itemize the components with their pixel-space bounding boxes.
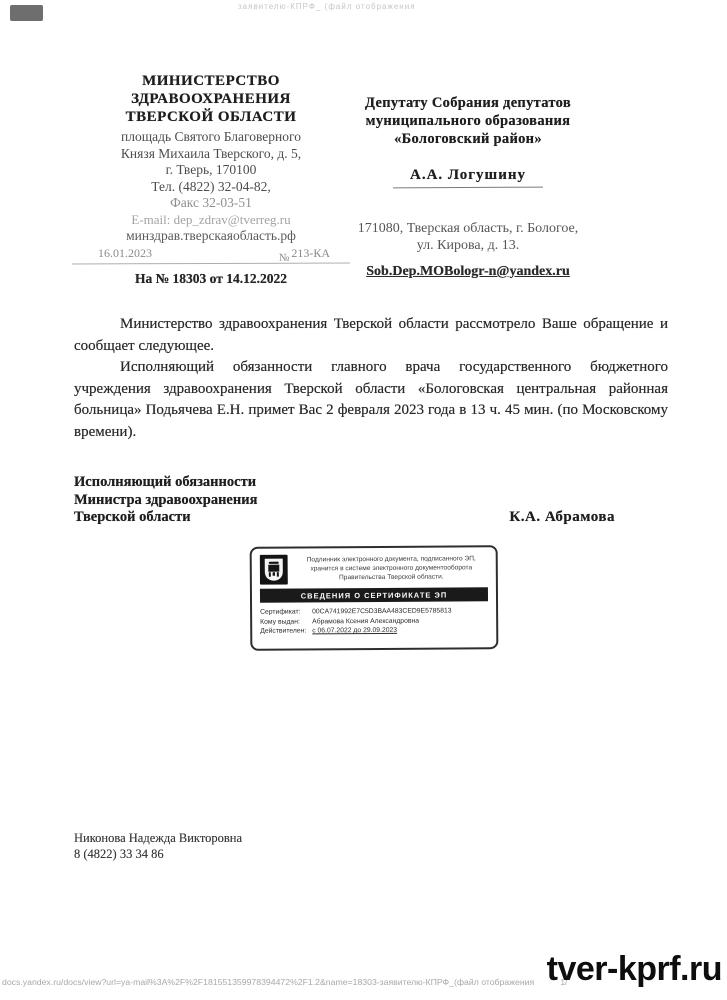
- document-url: docs.yandex.ru/docs/view?url=ya-mail%3A%…: [2, 977, 534, 987]
- addressee-underline: [393, 187, 543, 189]
- stamp-certificate-details: Сертификат: 00CA741992E7C5D3BAA483CED9E5…: [260, 606, 488, 636]
- letter-date-number: 16.01.2023 №213-КА: [72, 246, 350, 262]
- signature-block: Исполняющий обязанности Министра здравоо…: [74, 474, 615, 527]
- body-paragraph: Министерство здравоохранения Тверской об…: [74, 314, 668, 357]
- stamp-header-row: Подлинник электронного документа, подпис…: [260, 553, 488, 585]
- signer-position: Исполняющий обязанности Министра здравоо…: [74, 474, 257, 527]
- ministry-title-line: МИНИСТЕРСТВО: [72, 72, 350, 90]
- ministry-letterhead: МИНИСТЕРСТВО ЗДРАВООХРАНЕНИЯ ТВЕРСКОЙ ОБ…: [72, 72, 350, 287]
- ministry-title-line: ТВЕРСКОЙ ОБЛАСТИ: [72, 108, 350, 126]
- stamp-validity-row: Действителен: с 06.07.2022 до 29.09.2023: [260, 625, 488, 636]
- signer-position-line: Исполняющий обязанности: [74, 474, 257, 492]
- stamp-certificate-banner: СВЕДЕНИЯ О СЕРТИФИКАТЕ ЭП: [260, 587, 488, 603]
- ministry-phone: Тел. (4822) 32-04-82,: [72, 179, 350, 196]
- reference-line: На № 18303 от 14.12.2022: [72, 271, 350, 287]
- addressee-address-line: ул. Кирова, д. 13.: [322, 237, 614, 254]
- addressee-block: Депутату Собрания депутатов муниципально…: [322, 94, 614, 280]
- validity-value: с 06.07.2022 до 29.09.2023: [312, 625, 488, 636]
- executor-name: Никонова Надежда Викторовна: [74, 830, 242, 846]
- ministry-email: E-mail: dep_zdrav@tverreg.ru: [72, 212, 350, 228]
- ministry-address: площадь Святого Благоверного Князя Михаи…: [72, 129, 350, 212]
- ministry-address-line: г. Тверь, 170100: [72, 162, 350, 179]
- signer-position-line: Тверской области: [74, 509, 257, 527]
- signer-name: К.А. Абрамова: [509, 509, 615, 527]
- ministry-website: минздрав.тверскаяобласть.рф: [72, 228, 350, 244]
- addressee-address: 171080, Тверская область, г. Бологое, ул…: [322, 220, 614, 254]
- letterhead-divider: [72, 262, 350, 264]
- ministry-title: МИНИСТЕРСТВО ЗДРАВООХРАНЕНИЯ ТВЕРСКОЙ ОБ…: [72, 72, 350, 126]
- addressee-title: Депутату Собрания депутатов муниципально…: [322, 94, 614, 148]
- addressee-name: А.А. Логушину: [322, 167, 614, 184]
- stamp-header-line: хранится в системе электронного документ…: [295, 564, 488, 574]
- ministry-address-line: Князя Михаила Тверского, д. 5,: [72, 146, 350, 163]
- addressee-line: муниципального образования: [322, 112, 614, 130]
- ministry-fax: Факс 32-03-51: [72, 195, 350, 212]
- letter-body: Министерство здравоохранения Тверской об…: [74, 314, 668, 443]
- addressee-line: Депутату Собрания депутатов: [322, 94, 614, 112]
- addressee-line: «Бологовский район»: [322, 130, 614, 148]
- site-watermark: tver-kprf.ru: [547, 950, 722, 989]
- digital-signature-stamp: Подлинник электронного документа, подпис…: [250, 545, 499, 651]
- stamp-header-text: Подлинник электронного документа, подпис…: [295, 553, 488, 583]
- addressee-address-line: 171080, Тверская область, г. Бологое,: [322, 220, 614, 237]
- number-sign: №: [279, 252, 290, 264]
- tver-oblast-emblem-icon: [260, 555, 288, 585]
- scanned-letter-page: заявителю-КПРФ_ (файл отображения МИНИСТ…: [0, 0, 727, 1000]
- scan-artifact-mark: [10, 5, 43, 21]
- scan-artifact-filename: заявителю-КПРФ_ (файл отображения: [238, 2, 538, 11]
- executor-phone: 8 (4822) 33 34 86: [74, 846, 242, 862]
- issued-label: Кому выдан:: [260, 617, 312, 627]
- stamp-header-line: Правительства Тверской области.: [295, 573, 488, 583]
- body-paragraph: Исполняющий обязанности главного врача г…: [74, 357, 668, 443]
- executor-contact: Никонова Надежда Викторовна 8 (4822) 33 …: [74, 830, 242, 862]
- validity-label: Действителен:: [260, 626, 312, 636]
- addressee-email: Sob.Dep.MOBologr-n@yandex.ru: [322, 264, 614, 280]
- letter-date: 16.01.2023: [98, 246, 152, 262]
- certificate-label: Сертификат:: [260, 607, 312, 617]
- signer-position-line: Министра здравоохранения: [74, 492, 257, 510]
- ministry-address-line: площадь Святого Благоверного: [72, 129, 350, 146]
- ministry-title-line: ЗДРАВООХРАНЕНИЯ: [72, 90, 350, 108]
